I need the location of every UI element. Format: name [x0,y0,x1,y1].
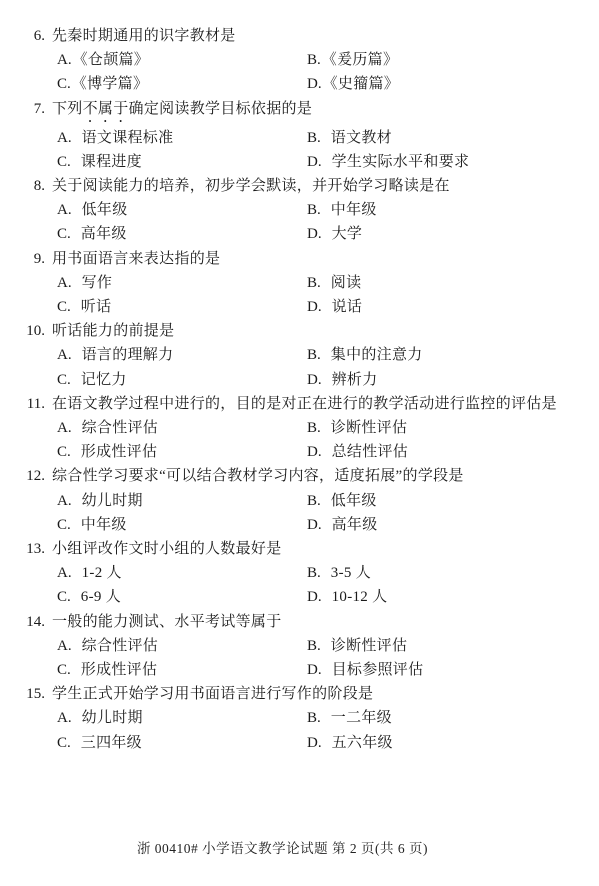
option-grid: A.语言的理解力B.集中的注意力C.记忆力D.辨析力 [0,343,599,391]
question-number: 11. [0,392,45,416]
option-A: A.综合性评估 [57,416,307,440]
option-label: B. [307,343,321,367]
option-label: A. [57,343,72,367]
question-number: 13. [0,537,45,561]
question-number: 15. [0,682,45,706]
option-text: 综合性评估 [82,416,159,440]
option-B: B.诊断性评估 [307,416,599,440]
option-grid: A.综合性评估B.诊断性评估C.形成性评估D.总结性评估 [0,416,599,464]
question-stem-row: 13.小组评改作文时小组的人数最好是 [0,537,599,561]
option-grid: A.语文课程标准B.语文教材C.课程进度D.学生实际水平和要求 [0,126,599,174]
option-A: A.语文课程标准 [57,126,307,150]
question-number: 7. [0,97,45,121]
option-label: C. [57,440,71,464]
option-label: C. [57,731,71,755]
option-C: C.中年级 [57,513,307,537]
option-D: D.大学 [307,222,599,246]
option-grid: A.写作B.阅读C.听话D.说话 [0,271,599,319]
option-text: 高年级 [332,513,378,537]
option-C: C.三四年级 [57,731,307,755]
stem-text: 先秦时期通用的识字教材是 [52,28,236,44]
option-label: D. [307,440,322,464]
option-label: A. [57,561,72,585]
option-text: 一二年级 [331,706,392,730]
option-label: D. [307,150,322,174]
option-A: A.1-2 人 [57,561,307,585]
option-label: A. [57,271,72,295]
option-label: B. [307,489,321,513]
option-label: C. [57,368,71,392]
option-text: 《博学篇》 [72,72,149,96]
option-label: D. [307,222,322,246]
question-12: 12.综合性学习要求“可以结合教材学习内容，适度拓展”的学段是A.幼儿时期B.低… [0,464,599,537]
question-number: 9. [0,247,45,271]
option-label: D. [307,658,322,682]
question-15: 15.学生正式开始学习用书面语言进行写作的阶段是A.幼儿时期B.一二年级C.三四… [0,682,599,755]
question-8: 8.关于阅读能力的培养，初步学会默读，并开始学习略读是在A.低年级B.中年级C.… [0,174,599,247]
option-label: D. [307,368,322,392]
question-stem: 下列不属于确定阅读教学目标依据的是 [52,97,312,126]
question-stem: 小组评改作文时小组的人数最好是 [52,537,282,561]
option-B: B.一二年级 [307,706,599,730]
option-text: 中年级 [331,198,377,222]
option-B: B.《爰历篇》 [307,48,599,72]
option-D: D.辨析力 [307,368,599,392]
question-stem: 学生正式开始学习用书面语言进行写作的阶段是 [52,682,373,706]
option-C: C.课程进度 [57,150,307,174]
option-text: 目标参照评估 [332,658,424,682]
option-text: 3-5 人 [331,561,371,585]
question-number: 10. [0,319,45,343]
exam-page: 6.先秦时期通用的识字教材是A.《仓颉篇》B.《爰历篇》C.《博学篇》D.《史籀… [0,0,599,886]
option-label: C. [57,295,71,319]
question-stem: 关于阅读能力的培养，初步学会默读，并开始学习略读是在 [52,174,450,198]
option-text: 记忆力 [81,368,127,392]
option-label: B. [307,634,321,658]
question-stem-row: 6.先秦时期通用的识字教材是 [0,24,599,48]
question-number: 14. [0,610,45,634]
stem-text: 综合性学习要求“可以结合教材学习内容，适度拓展”的学段是 [52,468,464,484]
option-label: C. [57,658,71,682]
question-number: 12. [0,464,45,488]
option-label: D. [307,72,322,96]
option-label: A. [57,489,72,513]
option-D: D.目标参照评估 [307,658,599,682]
question-11: 11.在语文教学过程中进行的，目的是对正在进行的教学活动进行监控的评估是A.综合… [0,392,599,465]
question-stem: 在语文教学过程中进行的，目的是对正在进行的教学活动进行监控的评估是 [52,392,557,416]
option-B: B.集中的注意力 [307,343,599,367]
option-C: C.形成性评估 [57,440,307,464]
stem-text: 学生正式开始学习用书面语言进行写作的阶段是 [52,686,373,702]
option-text: 集中的注意力 [331,343,423,367]
stem-text: 下列 [52,101,83,117]
option-text: 五六年级 [332,731,393,755]
option-C: C.6-9 人 [57,585,307,609]
option-text: 总结性评估 [332,440,409,464]
option-label: B. [307,48,321,72]
option-D: D.学生实际水平和要求 [307,150,599,174]
question-13: 13.小组评改作文时小组的人数最好是A.1-2 人B.3-5 人C.6-9 人D… [0,537,599,610]
option-B: B.阅读 [307,271,599,295]
option-label: A. [57,634,72,658]
option-text: 辨析力 [332,368,378,392]
option-label: D. [307,295,322,319]
question-stem: 用书面语言来表达指的是 [52,247,220,271]
question-stem-row: 9.用书面语言来表达指的是 [0,247,599,271]
option-D: D.五六年级 [307,731,599,755]
option-text: 低年级 [331,489,377,513]
option-A: A.幼儿时期 [57,489,307,513]
option-text: 形成性评估 [81,440,158,464]
option-label: B. [307,706,321,730]
option-A: A.语言的理解力 [57,343,307,367]
option-A: A.低年级 [57,198,307,222]
option-C: C.听话 [57,295,307,319]
option-D: D.高年级 [307,513,599,537]
option-text: 幼儿时期 [82,489,143,513]
option-text: 学生实际水平和要求 [332,150,470,174]
option-text: 1-2 人 [82,561,122,585]
option-label: C. [57,513,71,537]
option-label: D. [307,513,322,537]
option-B: B.诊断性评估 [307,634,599,658]
option-text: 说话 [332,295,363,319]
question-number: 6. [0,24,45,48]
option-label: D. [307,731,322,755]
option-text: 6-9 人 [81,585,121,609]
option-label: A. [57,48,72,72]
option-C: C.《博学篇》 [57,72,307,96]
option-B: B.语文教材 [307,126,599,150]
question-7: 7.下列不属于确定阅读教学目标依据的是A.语文课程标准B.语文教材C.课程进度D… [0,97,599,174]
option-text: 三四年级 [81,731,142,755]
stem-text: 关于阅读能力的培养，初步学会默读，并开始学习略读是在 [52,178,450,194]
option-text: 中年级 [81,513,127,537]
question-list: 6.先秦时期通用的识字教材是A.《仓颉篇》B.《爰历篇》C.《博学篇》D.《史籀… [0,24,599,755]
option-text: 语文教材 [331,126,392,150]
stem-text: 确定阅读教学目标依据的是 [129,101,313,117]
question-stem: 综合性学习要求“可以结合教材学习内容，适度拓展”的学段是 [52,464,464,488]
question-9: 9.用书面语言来表达指的是A.写作B.阅读C.听话D.说话 [0,247,599,320]
option-text: 低年级 [82,198,128,222]
option-A: A.综合性评估 [57,634,307,658]
option-text: 课程进度 [81,150,142,174]
option-text: 诊断性评估 [331,634,408,658]
option-grid: A.幼儿时期B.低年级C.中年级D.高年级 [0,489,599,537]
option-D: D.说话 [307,295,599,319]
option-label: B. [307,561,321,585]
option-A: A.《仓颉篇》 [57,48,307,72]
stem-text: 在语文教学过程中进行的，目的是对正在进行的教学活动进行监控的评估是 [52,396,557,412]
option-label: B. [307,416,321,440]
option-text: 《爰历篇》 [322,48,399,72]
option-grid: A.《仓颉篇》B.《爰历篇》C.《博学篇》D.《史籀篇》 [0,48,599,96]
option-C: C.高年级 [57,222,307,246]
option-text: 诊断性评估 [331,416,408,440]
option-text: 大学 [332,222,363,246]
option-text: 10-12 人 [332,585,388,609]
option-A: A.写作 [57,271,307,295]
question-stem-row: 8.关于阅读能力的培养，初步学会默读，并开始学习略读是在 [0,174,599,198]
option-text: 语文课程标准 [82,126,174,150]
question-stem-row: 12.综合性学习要求“可以结合教材学习内容，适度拓展”的学段是 [0,464,599,488]
option-text: 《仓颉篇》 [73,48,150,72]
option-label: B. [307,126,321,150]
stem-text: 小组评改作文时小组的人数最好是 [52,541,282,557]
option-text: 听话 [81,295,112,319]
option-A: A.幼儿时期 [57,706,307,730]
option-label: B. [307,198,321,222]
option-label: C. [57,222,71,246]
question-stem-row: 14.一般的能力测试、水平考试等属于 [0,610,599,634]
option-text: 阅读 [331,271,362,295]
option-C: C.记忆力 [57,368,307,392]
option-label: D. [307,585,322,609]
question-stem-row: 15.学生正式开始学习用书面语言进行写作的阶段是 [0,682,599,706]
stem-text: 听话能力的前提是 [52,323,174,339]
option-label: A. [57,416,72,440]
option-text: 《史籀篇》 [323,72,400,96]
option-D: D.总结性评估 [307,440,599,464]
question-number: 8. [0,174,45,198]
option-D: D.《史籀篇》 [307,72,599,96]
option-label: C. [57,72,71,96]
option-grid: A.幼儿时期B.一二年级C.三四年级D.五六年级 [0,706,599,754]
stem-text: 一般的能力测试、水平考试等属于 [52,614,282,630]
option-text: 幼儿时期 [82,706,143,730]
option-grid: A.1-2 人B.3-5 人C.6-9 人D.10-12 人 [0,561,599,609]
question-stem-row: 10.听话能力的前提是 [0,319,599,343]
question-stem: 先秦时期通用的识字教材是 [52,24,236,48]
page-footer: 浙 00410# 小学语文教学论试题 第 2 页(共 6 页) [0,837,582,857]
question-6: 6.先秦时期通用的识字教材是A.《仓颉篇》B.《爰历篇》C.《博学篇》D.《史籀… [0,24,599,97]
option-B: B.3-5 人 [307,561,599,585]
option-label: C. [57,585,71,609]
option-label: C. [57,150,71,174]
option-label: A. [57,126,72,150]
option-text: 高年级 [81,222,127,246]
option-label: A. [57,706,72,730]
question-stem: 听话能力的前提是 [52,319,174,343]
option-text: 形成性评估 [81,658,158,682]
option-B: B.低年级 [307,489,599,513]
stem-emphasized-text: 不属于 [83,101,129,117]
option-label: B. [307,271,321,295]
option-D: D.10-12 人 [307,585,599,609]
question-stem: 一般的能力测试、水平考试等属于 [52,610,282,634]
question-14: 14.一般的能力测试、水平考试等属于A.综合性评估B.诊断性评估C.形成性评估D… [0,610,599,683]
option-label: A. [57,198,72,222]
option-text: 写作 [82,271,113,295]
option-text: 语言的理解力 [82,343,174,367]
question-stem-row: 7.下列不属于确定阅读教学目标依据的是 [0,97,599,126]
stem-text: 用书面语言来表达指的是 [52,251,220,267]
option-grid: A.低年级B.中年级C.高年级D.大学 [0,198,599,246]
question-stem-row: 11.在语文教学过程中进行的，目的是对正在进行的教学活动进行监控的评估是 [0,392,599,416]
option-C: C.形成性评估 [57,658,307,682]
option-text: 综合性评估 [82,634,159,658]
option-grid: A.综合性评估B.诊断性评估C.形成性评估D.目标参照评估 [0,634,599,682]
question-10: 10.听话能力的前提是A.语言的理解力B.集中的注意力C.记忆力D.辨析力 [0,319,599,392]
option-B: B.中年级 [307,198,599,222]
